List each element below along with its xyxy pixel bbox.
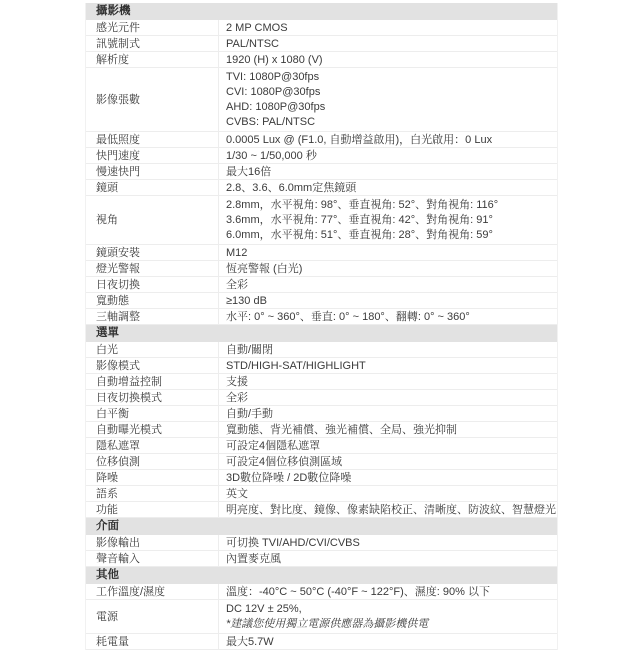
- spec-row: 工作溫度/濕度溫度：-40°C ~ 50°C (-40°F ~ 122°F)、濕…: [86, 584, 557, 600]
- spec-label: 工作溫度/濕度: [86, 584, 219, 599]
- spec-value: 2.8mm，水平視角: 98°、垂直視角: 52°、對角視角: 116°3.6m…: [219, 196, 557, 244]
- spec-row: 解析度1920 (H) x 1080 (V): [86, 52, 557, 68]
- spec-value-line: 明亮度、對比度、鏡像、像素缺陷校正、清晰度、防波紋、智慧燈光: [226, 504, 556, 516]
- spec-label: 訊號制式: [86, 36, 219, 51]
- spec-value-line: 支援: [226, 376, 553, 388]
- spec-row: 鏡頭安裝M12: [86, 245, 557, 261]
- spec-label: 自動增益控制: [86, 374, 219, 389]
- spec-value-line: DC 12V ± 25%,: [226, 602, 553, 617]
- spec-row: 慢速快門最大16倍: [86, 164, 557, 180]
- spec-label: 解析度: [86, 52, 219, 67]
- spec-label: 位移偵測: [86, 454, 219, 469]
- spec-value-line: ≥130 dB: [226, 295, 553, 307]
- spec-label: 快門速度: [86, 148, 219, 163]
- spec-label: 功能: [86, 502, 219, 517]
- spec-value-line: 3.6mm，水平視角: 77°、垂直視角: 42°、對角視角: 91°: [226, 213, 553, 228]
- spec-value: 1/30 ~ 1/50,000 秒: [219, 148, 557, 163]
- spec-label: 聲音輸入: [86, 551, 219, 566]
- spec-value: 3D數位降噪 / 2D數位降噪: [219, 470, 557, 485]
- spec-value: 2 MP CMOS: [219, 20, 557, 35]
- spec-row: 訊號制式PAL/NTSC: [86, 36, 557, 52]
- section-header: 其他: [86, 567, 557, 584]
- spec-label: 視角: [86, 196, 219, 244]
- spec-value: 可切換 TVI/AHD/CVI/CVBS: [219, 535, 557, 550]
- section-header: 選單: [86, 325, 557, 342]
- spec-value: 最大5.7W: [219, 634, 557, 640]
- spec-value: PAL/NTSC: [219, 36, 557, 51]
- spec-label: 燈光警報: [86, 261, 219, 276]
- spec-row: 燈光警報恆亮警報 (白光): [86, 261, 557, 277]
- spec-value: 2.8、3.6、6.0mm定焦鏡頭: [219, 180, 557, 195]
- spec-value: 恆亮警報 (白光): [219, 261, 557, 276]
- spec-value-line: 可設定4個位移偵測區域: [226, 456, 553, 468]
- spec-value-line: 全彩: [226, 279, 553, 291]
- spec-value-line: 自動/關閉: [226, 344, 553, 356]
- spec-label: 語系: [86, 486, 219, 501]
- spec-row: 白光自動/關閉: [86, 342, 557, 358]
- spec-row: 位移偵測可設定4個位移偵測區域: [86, 454, 557, 470]
- spec-value-line: 英文: [226, 488, 553, 500]
- spec-value-line: 自動/手動: [226, 408, 553, 420]
- spec-value: 寬動態、背光補償、強光補償、全局、強光抑制: [219, 422, 557, 437]
- spec-label: 日夜切換: [86, 277, 219, 292]
- spec-value-line: 水平: 0° ~ 360°、垂直: 0° ~ 180°、翻轉: 0° ~ 360…: [226, 311, 553, 323]
- spec-label: 耗電量: [86, 634, 219, 640]
- spec-value: 自動/手動: [219, 406, 557, 421]
- spec-label: 自動曝光模式: [86, 422, 219, 437]
- spec-value-line: CVBS: PAL/NTSC: [226, 115, 553, 130]
- spec-value-line: 0.0005 Lux @ (F1.0, 自動增益啟用)，白光啟用：0 Lux: [226, 134, 553, 146]
- spec-row: 語系英文: [86, 486, 557, 502]
- spec-label: 電源: [86, 600, 219, 633]
- spec-row: 聲音輸入內置麥克風: [86, 551, 557, 567]
- spec-row: 最低照度0.0005 Lux @ (F1.0, 自動增益啟用)，白光啟用：0 L…: [86, 132, 557, 148]
- spec-label: 鏡頭: [86, 180, 219, 195]
- spec-label: 感光元件: [86, 20, 219, 35]
- spec-value: STD/HIGH-SAT/HIGHLIGHT: [219, 358, 557, 373]
- spec-value-line: 恆亮警報 (白光): [226, 263, 553, 275]
- section-header: 介面: [86, 518, 557, 535]
- spec-value-line: 2.8mm，水平視角: 98°、垂直視角: 52°、對角視角: 116°: [226, 198, 553, 213]
- spec-label: 三軸調整: [86, 309, 219, 324]
- spec-value: 內置麥克風: [219, 551, 557, 566]
- spec-row: 感光元件2 MP CMOS: [86, 20, 557, 36]
- spec-row: 影像輸出可切換 TVI/AHD/CVI/CVBS: [86, 535, 557, 551]
- spec-row: 影像模式STD/HIGH-SAT/HIGHLIGHT: [86, 358, 557, 374]
- spec-value: 明亮度、對比度、鏡像、像素缺陷校正、清晰度、防波紋、智慧燈光: [219, 502, 560, 517]
- spec-value: M12: [219, 245, 557, 260]
- spec-value: 可設定4個隱私遮罩: [219, 438, 557, 453]
- spec-label: 寬動態: [86, 293, 219, 308]
- spec-row: 影像張數TVI: 1080P@30fpsCVI: 1080P@30fpsAHD:…: [86, 68, 557, 132]
- spec-value-line: 6.0mm，水平視角: 51°、垂直視角: 28°、對角視角: 59°: [226, 228, 553, 243]
- spec-row: 日夜切換全彩: [86, 277, 557, 293]
- spec-value-line: 最大16倍: [226, 166, 553, 178]
- spec-label: 日夜切換模式: [86, 390, 219, 405]
- section-header: 攝影機: [86, 3, 557, 20]
- spec-value-line: 溫度：-40°C ~ 50°C (-40°F ~ 122°F)、濕度: 90% …: [226, 586, 553, 598]
- spec-value: ≥130 dB: [219, 293, 557, 308]
- spec-value: 全彩: [219, 390, 557, 405]
- spec-value-line: PAL/NTSC: [226, 38, 553, 50]
- spec-value-line: 可設定4個隱私遮罩: [226, 440, 553, 452]
- spec-row: 寬動態≥130 dB: [86, 293, 557, 309]
- spec-row: 隱私遮罩可設定4個隱私遮罩: [86, 438, 557, 454]
- spec-label: 隱私遮罩: [86, 438, 219, 453]
- spec-value-line: 1920 (H) x 1080 (V): [226, 54, 553, 66]
- spec-row: 視角2.8mm，水平視角: 98°、垂直視角: 52°、對角視角: 116°3.…: [86, 196, 557, 245]
- spec-row: 降噪3D數位降噪 / 2D數位降噪: [86, 470, 557, 486]
- spec-value-line: M12: [226, 247, 553, 259]
- spec-value: 支援: [219, 374, 557, 389]
- spec-row: 日夜切換模式全彩: [86, 390, 557, 406]
- spec-label: 影像模式: [86, 358, 219, 373]
- spec-row: 電源DC 12V ± 25%,*建議您使用獨立電源供應器為攝影機供電: [86, 600, 557, 634]
- spec-row: 耗電量最大5.7W: [86, 634, 557, 640]
- spec-value-line: STD/HIGH-SAT/HIGHLIGHT: [226, 360, 553, 372]
- spec-label: 降噪: [86, 470, 219, 485]
- spec-label: 白光: [86, 342, 219, 357]
- spec-label: 鏡頭安裝: [86, 245, 219, 260]
- spec-row: 自動增益控制支援: [86, 374, 557, 390]
- spec-label: 慢速快門: [86, 164, 219, 179]
- spec-value: 水平: 0° ~ 360°、垂直: 0° ~ 180°、翻轉: 0° ~ 360…: [219, 309, 557, 324]
- spec-value-line: 全彩: [226, 392, 553, 404]
- spec-value: 英文: [219, 486, 557, 501]
- spec-value-line: 最大5.7W: [226, 636, 553, 640]
- spec-value-line: CVI: 1080P@30fps: [226, 85, 553, 100]
- spec-value-line: *建議您使用獨立電源供應器為攝影機供電: [226, 617, 553, 632]
- spec-label: 影像張數: [86, 68, 219, 131]
- spec-label: 白平衡: [86, 406, 219, 421]
- spec-row: 白平衡自動/手動: [86, 406, 557, 422]
- spec-value: 1920 (H) x 1080 (V): [219, 52, 557, 67]
- spec-value-line: 可切換 TVI/AHD/CVI/CVBS: [226, 537, 553, 549]
- spec-value: 可設定4個位移偵測區域: [219, 454, 557, 469]
- spec-value-line: 1/30 ~ 1/50,000 秒: [226, 150, 553, 162]
- spec-value-line: AHD: 1080P@30fps: [226, 100, 553, 115]
- spec-value: 溫度：-40°C ~ 50°C (-40°F ~ 122°F)、濕度: 90% …: [219, 584, 557, 599]
- spec-row: 功能明亮度、對比度、鏡像、像素缺陷校正、清晰度、防波紋、智慧燈光: [86, 502, 557, 518]
- spec-value-line: 2.8、3.6、6.0mm定焦鏡頭: [226, 182, 553, 194]
- spec-value: 最大16倍: [219, 164, 557, 179]
- spec-value-line: 內置麥克風: [226, 553, 553, 565]
- spec-label: 最低照度: [86, 132, 219, 147]
- spec-row: 快門速度1/30 ~ 1/50,000 秒: [86, 148, 557, 164]
- spec-row: 鏡頭2.8、3.6、6.0mm定焦鏡頭: [86, 180, 557, 196]
- spec-value: DC 12V ± 25%,*建議您使用獨立電源供應器為攝影機供電: [219, 600, 557, 633]
- spec-value-line: 寬動態、背光補償、強光補償、全局、強光抑制: [226, 424, 553, 436]
- spec-value-line: 2 MP CMOS: [226, 22, 553, 34]
- spec-value: 0.0005 Lux @ (F1.0, 自動增益啟用)，白光啟用：0 Lux: [219, 132, 557, 147]
- spec-label: 影像輸出: [86, 535, 219, 550]
- spec-value-line: 3D數位降噪 / 2D數位降噪: [226, 472, 553, 484]
- camera-spec-table: 攝影機感光元件2 MP CMOS訊號制式PAL/NTSC解析度1920 (H) …: [85, 3, 558, 640]
- spec-value: 自動/關閉: [219, 342, 557, 357]
- spec-value-line: TVI: 1080P@30fps: [226, 70, 553, 85]
- spec-row: 三軸調整水平: 0° ~ 360°、垂直: 0° ~ 180°、翻轉: 0° ~…: [86, 309, 557, 325]
- spec-row: 自動曝光模式寬動態、背光補償、強光補償、全局、強光抑制: [86, 422, 557, 438]
- spec-value: 全彩: [219, 277, 557, 292]
- spec-value: TVI: 1080P@30fpsCVI: 1080P@30fpsAHD: 108…: [219, 68, 557, 131]
